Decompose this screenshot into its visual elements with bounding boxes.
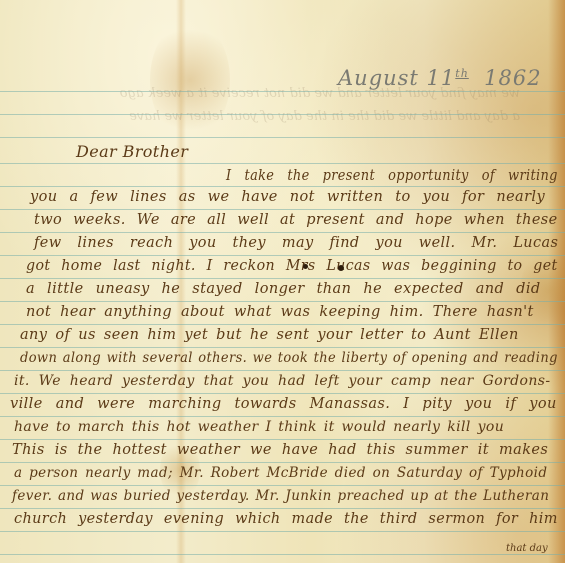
letter-line: church yesterday evening which made the … xyxy=(14,511,558,527)
letter-line: not hear anything about what was keeping… xyxy=(26,304,534,320)
ruled-line xyxy=(0,416,565,417)
ink-blot xyxy=(338,265,344,271)
date-suffix: th xyxy=(455,67,469,80)
ruled-line xyxy=(0,186,565,187)
catchword: that day xyxy=(506,543,548,554)
ruled-line xyxy=(0,209,565,210)
ruled-line xyxy=(0,163,565,164)
letter-line: any of us seen him yet but he sent your … xyxy=(20,327,519,343)
ruled-line xyxy=(0,554,565,555)
ruled-line xyxy=(0,91,565,92)
letter-line: a little uneasy he stayed longer than he… xyxy=(26,281,541,297)
letter-line: have to march this hot weather I think i… xyxy=(14,419,504,435)
letter-line: fever. and was buried yesterday. Mr. Jun… xyxy=(12,488,549,504)
ruled-line xyxy=(0,114,565,115)
ruled-line xyxy=(0,439,565,440)
letter-line: This is the hottest weather we have had … xyxy=(12,442,548,458)
ruled-line xyxy=(0,301,565,302)
letter-line: it. We heard yesterday that you had left… xyxy=(14,373,550,389)
date-year: 1862 xyxy=(484,66,541,90)
letter-date: August 11th 1862 xyxy=(338,66,542,90)
ruled-line xyxy=(0,393,565,394)
ruled-line xyxy=(0,485,565,486)
salutation: Dear Brother xyxy=(76,142,188,161)
letter-line: few lines reach you they may find you we… xyxy=(34,235,558,251)
ruled-line xyxy=(0,347,565,348)
ruled-line xyxy=(0,324,565,325)
letter-line: two weeks. We are all well at present an… xyxy=(34,212,558,228)
ruled-line xyxy=(0,508,565,509)
ruled-line xyxy=(0,137,565,138)
ink-blot xyxy=(303,264,308,269)
ruled-line xyxy=(0,531,565,532)
letter-line: you a few lines as we have not written t… xyxy=(30,189,545,205)
ruled-line xyxy=(0,462,565,463)
letter-line: a person nearly mad; Mr. Robert McBride … xyxy=(14,465,547,481)
letter-line: got home last night. I reckon Mrs Lucas … xyxy=(26,258,558,274)
ruled-line xyxy=(0,278,565,279)
letter-page: we may find your letter and we did not r… xyxy=(0,0,565,563)
letter-line: I take the present opportunity of writin… xyxy=(226,166,558,184)
ruled-line xyxy=(0,232,565,233)
letter-line: ville and were marching towards Manassas… xyxy=(10,396,557,412)
ruled-line xyxy=(0,255,565,256)
date-month-day: August 11 xyxy=(338,66,455,90)
ruled-line xyxy=(0,370,565,371)
letter-line: down along with several others. we took … xyxy=(20,350,558,366)
